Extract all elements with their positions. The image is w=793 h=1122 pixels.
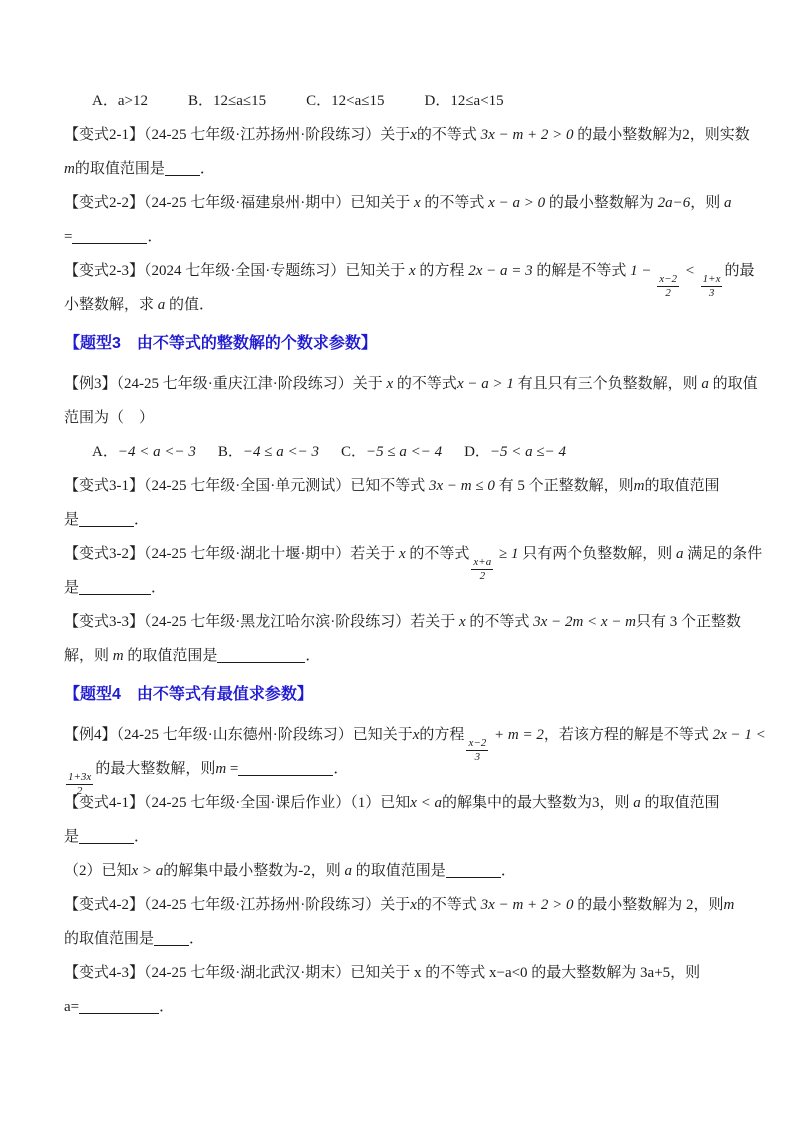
answer-blank: [165, 161, 200, 176]
options-row-example2: A．a>12B．12≤a≤15C．12<a≤15D．12≤a<15: [64, 84, 764, 118]
problem-bianshi-3-3-line-2: 解，则 m 的取值范围是．: [64, 639, 764, 673]
text-run: 的方程: [416, 263, 469, 279]
text-run: 【变式2-3】（2024 七年级·全国·专题练习）已知关于: [64, 263, 409, 279]
text-run: a=: [64, 999, 79, 1015]
text-run: 是: [64, 580, 79, 596]
answer-blank: [217, 648, 305, 663]
option-B: B．−4 ≤ a <− 3: [218, 435, 319, 469]
option-text: 12<a≤15: [331, 93, 384, 109]
math-expression: a: [701, 376, 709, 392]
text-run: 的最大整数解，则: [95, 761, 215, 777]
text-run: ．: [147, 229, 162, 245]
text-run: ．: [333, 761, 348, 777]
text-run: 的取值: [709, 376, 758, 392]
section-heading-timing-3: 【题型3 由不等式的整数解的个数求参数】: [64, 324, 764, 364]
answer-blank: [79, 829, 134, 844]
problem-bianshi-4-3-line-1: 【变式4-3】（24-25 七年级·湖北武汉·期末）已知关于 x 的不等式 x−…: [64, 956, 764, 990]
option-text: 12≤a≤15: [213, 93, 266, 109]
problem-bianshi-3-1-line-1: 【变式3-1】（24-25 七年级·全国·单元测试）已知不等式 3x − m ≤…: [64, 469, 764, 503]
text-run: 的解集中的最大整数为3，则: [442, 795, 633, 811]
option-label: D．: [464, 444, 490, 460]
section-heading-timing-4: 【题型4 由不等式有最值求参数】: [64, 675, 764, 715]
option-C: C．−5 ≤ a <− 4: [341, 435, 442, 469]
option-label: C．: [306, 93, 331, 109]
fraction: x−22: [657, 274, 679, 299]
problem-bianshi-3-2-line-2: 是．: [64, 571, 764, 605]
text-run: ，若该方程的解是不等式: [544, 727, 713, 743]
option-text: a>12: [118, 93, 148, 109]
text-run: 【例4】（24-25 七年级·山东德州·阶段练习）已知关于: [64, 727, 413, 743]
problem-bianshi-2-2-line-2: =．: [64, 220, 764, 254]
text-run: 的不等式: [406, 546, 470, 562]
problem-bianshi-4-2-line-2: 的取值范围是．: [64, 922, 764, 956]
text-run: ，则: [690, 195, 724, 211]
text-run: 【变式3-3】（24-25 七年级·黑龙江哈尔滨·阶段练习）若关于: [64, 614, 459, 630]
math-expression: 2x − a = 3: [468, 263, 532, 279]
option-label: C．: [341, 444, 366, 460]
math-expression: <: [681, 263, 699, 279]
option-label: A．: [92, 444, 118, 460]
text-run: ．: [151, 580, 166, 596]
option-text: −5 < a ≤− 4: [490, 444, 566, 460]
options-row-li-3: A．−4 < a <− 3B．−4 ≤ a <− 3C．−5 ≤ a <− 4D…: [64, 435, 764, 469]
math-expression: x > a: [132, 863, 164, 879]
text-run: 是: [64, 829, 79, 845]
fraction-numerator: 1+3x: [66, 772, 93, 785]
text-run: 的不等式: [417, 127, 481, 143]
text-run: 解，则: [64, 648, 113, 664]
text-run: 的解是不等式: [533, 263, 631, 279]
problem-bianshi-4-1-line-1: 【变式4-1】（24-25 七年级·全国·课后作业）（1）已知x < a的解集中…: [64, 786, 764, 820]
text-run: 的取值范围是: [64, 931, 154, 947]
fraction-denominator: 2: [665, 287, 671, 299]
text-run: ．: [305, 648, 320, 664]
text-run: ．: [134, 829, 149, 845]
fraction: 1+x3: [701, 274, 723, 299]
text-run: ．: [159, 999, 174, 1015]
fraction: x−23: [466, 738, 488, 763]
text-run: ．: [501, 863, 516, 879]
math-expression: 2a−6: [658, 195, 691, 211]
worksheet-page: A．a>12B．12≤a≤15C．12<a≤15D．12≤a<15【变式2-1】…: [0, 0, 793, 1122]
problem-bianshi-2-2-line-1: 【变式2-2】（24-25 七年级·福建泉州·期中）已知关于 x 的不等式 x …: [64, 186, 764, 220]
problem-bianshi-2-3-line-1: 【变式2-3】（2024 七年级·全国·专题练习）已知关于 x 的方程 2x −…: [64, 254, 764, 288]
text-run: 的取值范围是: [352, 863, 446, 879]
option-label: B．: [188, 93, 213, 109]
option-B: B．12≤a≤15: [188, 84, 266, 118]
math-expression: x: [414, 195, 421, 211]
problem-bianshi-3-1-line-2: 是．: [64, 503, 764, 537]
option-text: −4 < a <− 3: [118, 444, 196, 460]
text-run: 小整数解，求: [64, 297, 158, 313]
text-run: 的方程: [419, 727, 464, 743]
text-run: 的不等式: [466, 614, 534, 630]
problem-bianshi-4-3-line-2: a=．: [64, 990, 764, 1024]
text-run: ．: [134, 512, 149, 528]
fraction-numerator: x+a: [471, 557, 493, 570]
math-expression: m: [634, 478, 645, 494]
option-C: C．12<a≤15: [306, 84, 384, 118]
text-run: ．: [189, 931, 204, 947]
math-expression: x − a > 0: [488, 195, 545, 211]
text-run: 【变式2-1】（24-25 七年级·江苏扬州·阶段练习）关于: [64, 127, 410, 143]
option-A: A．−4 < a <− 3: [92, 435, 196, 469]
math-expression: m: [215, 761, 226, 777]
option-label: A．: [92, 93, 118, 109]
answer-blank: [79, 512, 134, 527]
text-run: 【变式2-2】（24-25 七年级·福建泉州·期中）已知关于: [64, 195, 414, 211]
text-run: ．: [200, 161, 215, 177]
math-expression: 3x − 2m < x − m: [533, 614, 636, 630]
text-run: 只有 3 个正整数: [636, 614, 741, 630]
text-run: 【变式4-1】（24-25 七年级·全国·课后作业）（1）已知: [64, 795, 410, 811]
math-expression: 3x − m ≤ 0: [429, 478, 495, 494]
option-D: D．−5 < a ≤− 4: [464, 435, 566, 469]
answer-blank: [154, 931, 189, 946]
text-run: 的值．: [165, 297, 214, 313]
math-expression: ≥ 1: [495, 546, 518, 562]
math-expression: 3x − m + 2 > 0: [481, 897, 574, 913]
fraction-denominator: 2: [480, 570, 486, 582]
fraction-numerator: x−2: [657, 274, 679, 287]
math-expression: a: [345, 863, 353, 879]
math-expression: a: [724, 195, 732, 211]
option-D: D．12≤a<15: [424, 84, 503, 118]
text-run: 的取值范围: [644, 478, 719, 494]
text-run: 【例3】（24-25 七年级·重庆江津·阶段练习）关于: [64, 376, 387, 392]
text-run: 的最小整数解为 2，则: [574, 897, 724, 913]
answer-blank: [446, 863, 501, 878]
math-expression: + m = 2: [490, 727, 544, 743]
answer-blank: [79, 580, 151, 595]
option-label: D．: [424, 93, 450, 109]
text-run: 满足的条件: [683, 546, 762, 562]
problem-bianshi-4-1-part2: （2）已知x > a的解集中最小整数为-2，则 a 的取值范围是．: [64, 854, 764, 888]
math-expression: 3x − m + 2 > 0: [481, 127, 574, 143]
math-expression: x: [410, 897, 417, 913]
text-run: =: [64, 229, 72, 245]
option-A: A．a>12: [92, 84, 148, 118]
text-run: （2）已知: [64, 863, 132, 879]
problem-bianshi-2-1-line-1: 【变式2-1】（24-25 七年级·江苏扬州·阶段练习）关于x的不等式 3x −…: [64, 118, 764, 152]
text-run: 的不等式: [393, 376, 457, 392]
text-run: 有且只有三个负整数解，则: [514, 376, 702, 392]
text-run: 的取值范围是: [75, 161, 165, 177]
math-expression: x < a: [410, 795, 442, 811]
text-run: 有 5 个正整数解，则: [495, 478, 634, 494]
fraction: x+a2: [471, 557, 493, 582]
answer-blank: [238, 761, 333, 776]
fraction-denominator: 3: [709, 287, 715, 299]
math-expression: x − a > 1: [457, 376, 514, 392]
answer-blank: [72, 229, 147, 244]
text-run: 【变式3-2】（24-25 七年级·湖北十堰·期中）若关于: [64, 546, 399, 562]
text-run: 的不等式: [421, 195, 489, 211]
math-expression: a: [633, 795, 641, 811]
text-run: 是: [64, 512, 79, 528]
text-run: 的最小整数解为: [545, 195, 658, 211]
problem-li-3-line-2: 范围为（ ）: [64, 401, 764, 435]
math-expression: 2x − 1 <: [713, 727, 766, 743]
text-run: 的最小整数解为2，则实数: [574, 127, 750, 143]
text-run: 【变式3-1】（24-25 七年级·全国·单元测试）已知不等式: [64, 478, 429, 494]
option-label: B．: [218, 444, 243, 460]
text-run: 【变式4-2】（24-25 七年级·江苏扬州·阶段练习）关于: [64, 897, 410, 913]
text-run: 的最: [724, 263, 754, 279]
text-run: 的取值范围是: [124, 648, 218, 664]
document-body: A．a>12B．12≤a≤15C．12<a≤15D．12≤a<15【变式2-1】…: [64, 84, 764, 1024]
text-run: 范围为（ ）: [64, 410, 154, 426]
problem-bianshi-4-1-line-2: 是．: [64, 820, 764, 854]
text-run: 只有两个负整数解，则: [518, 546, 676, 562]
problem-bianshi-3-2-line-1: 【变式3-2】（24-25 七年级·湖北十堰·期中）若关于 x 的不等式x+a2…: [64, 537, 764, 571]
problem-bianshi-3-3-line-1: 【变式3-3】（24-25 七年级·黑龙江哈尔滨·阶段练习）若关于 x 的不等式…: [64, 605, 764, 639]
math-expression: x: [410, 127, 417, 143]
math-expression: 1 −: [630, 263, 655, 279]
fraction-numerator: 1+x: [701, 274, 723, 287]
fraction-numerator: x−2: [466, 738, 488, 751]
text-run: =: [226, 761, 238, 777]
problem-bianshi-4-2-line-1: 【变式4-2】（24-25 七年级·江苏扬州·阶段练习）关于x的不等式 3x −…: [64, 888, 764, 922]
option-text: −5 ≤ a <− 4: [366, 444, 442, 460]
problem-li-4-line-1: 【例4】（24-25 七年级·山东德州·阶段练习）已知关于x的方程x−23 + …: [64, 718, 764, 752]
problem-li-4-line-2: 1+3x2的最大整数解，则m =．: [64, 752, 764, 786]
answer-blank: [79, 999, 159, 1014]
text-run: 【变式4-3】（24-25 七年级·湖北武汉·期末）已知关于 x 的不等式 x−…: [64, 965, 700, 981]
problem-bianshi-2-1-line-2: m的取值范围是．: [64, 152, 764, 186]
fraction-denominator: 3: [475, 751, 481, 763]
option-text: −4 ≤ a <− 3: [243, 444, 319, 460]
math-expression: m: [64, 161, 75, 177]
math-expression: m: [113, 648, 124, 664]
math-expression: x: [409, 263, 416, 279]
text-run: 的解集中最小整数为-2，则: [163, 863, 344, 879]
option-text: 12≤a<15: [450, 93, 503, 109]
math-expression: m: [724, 897, 735, 913]
text-run: 的取值范围: [641, 795, 720, 811]
text-run: 的不等式: [417, 897, 481, 913]
math-expression: x: [459, 614, 466, 630]
problem-li-3-line-1: 【例3】（24-25 七年级·重庆江津·阶段练习）关于 x 的不等式x − a …: [64, 367, 764, 401]
math-expression: x: [399, 546, 406, 562]
